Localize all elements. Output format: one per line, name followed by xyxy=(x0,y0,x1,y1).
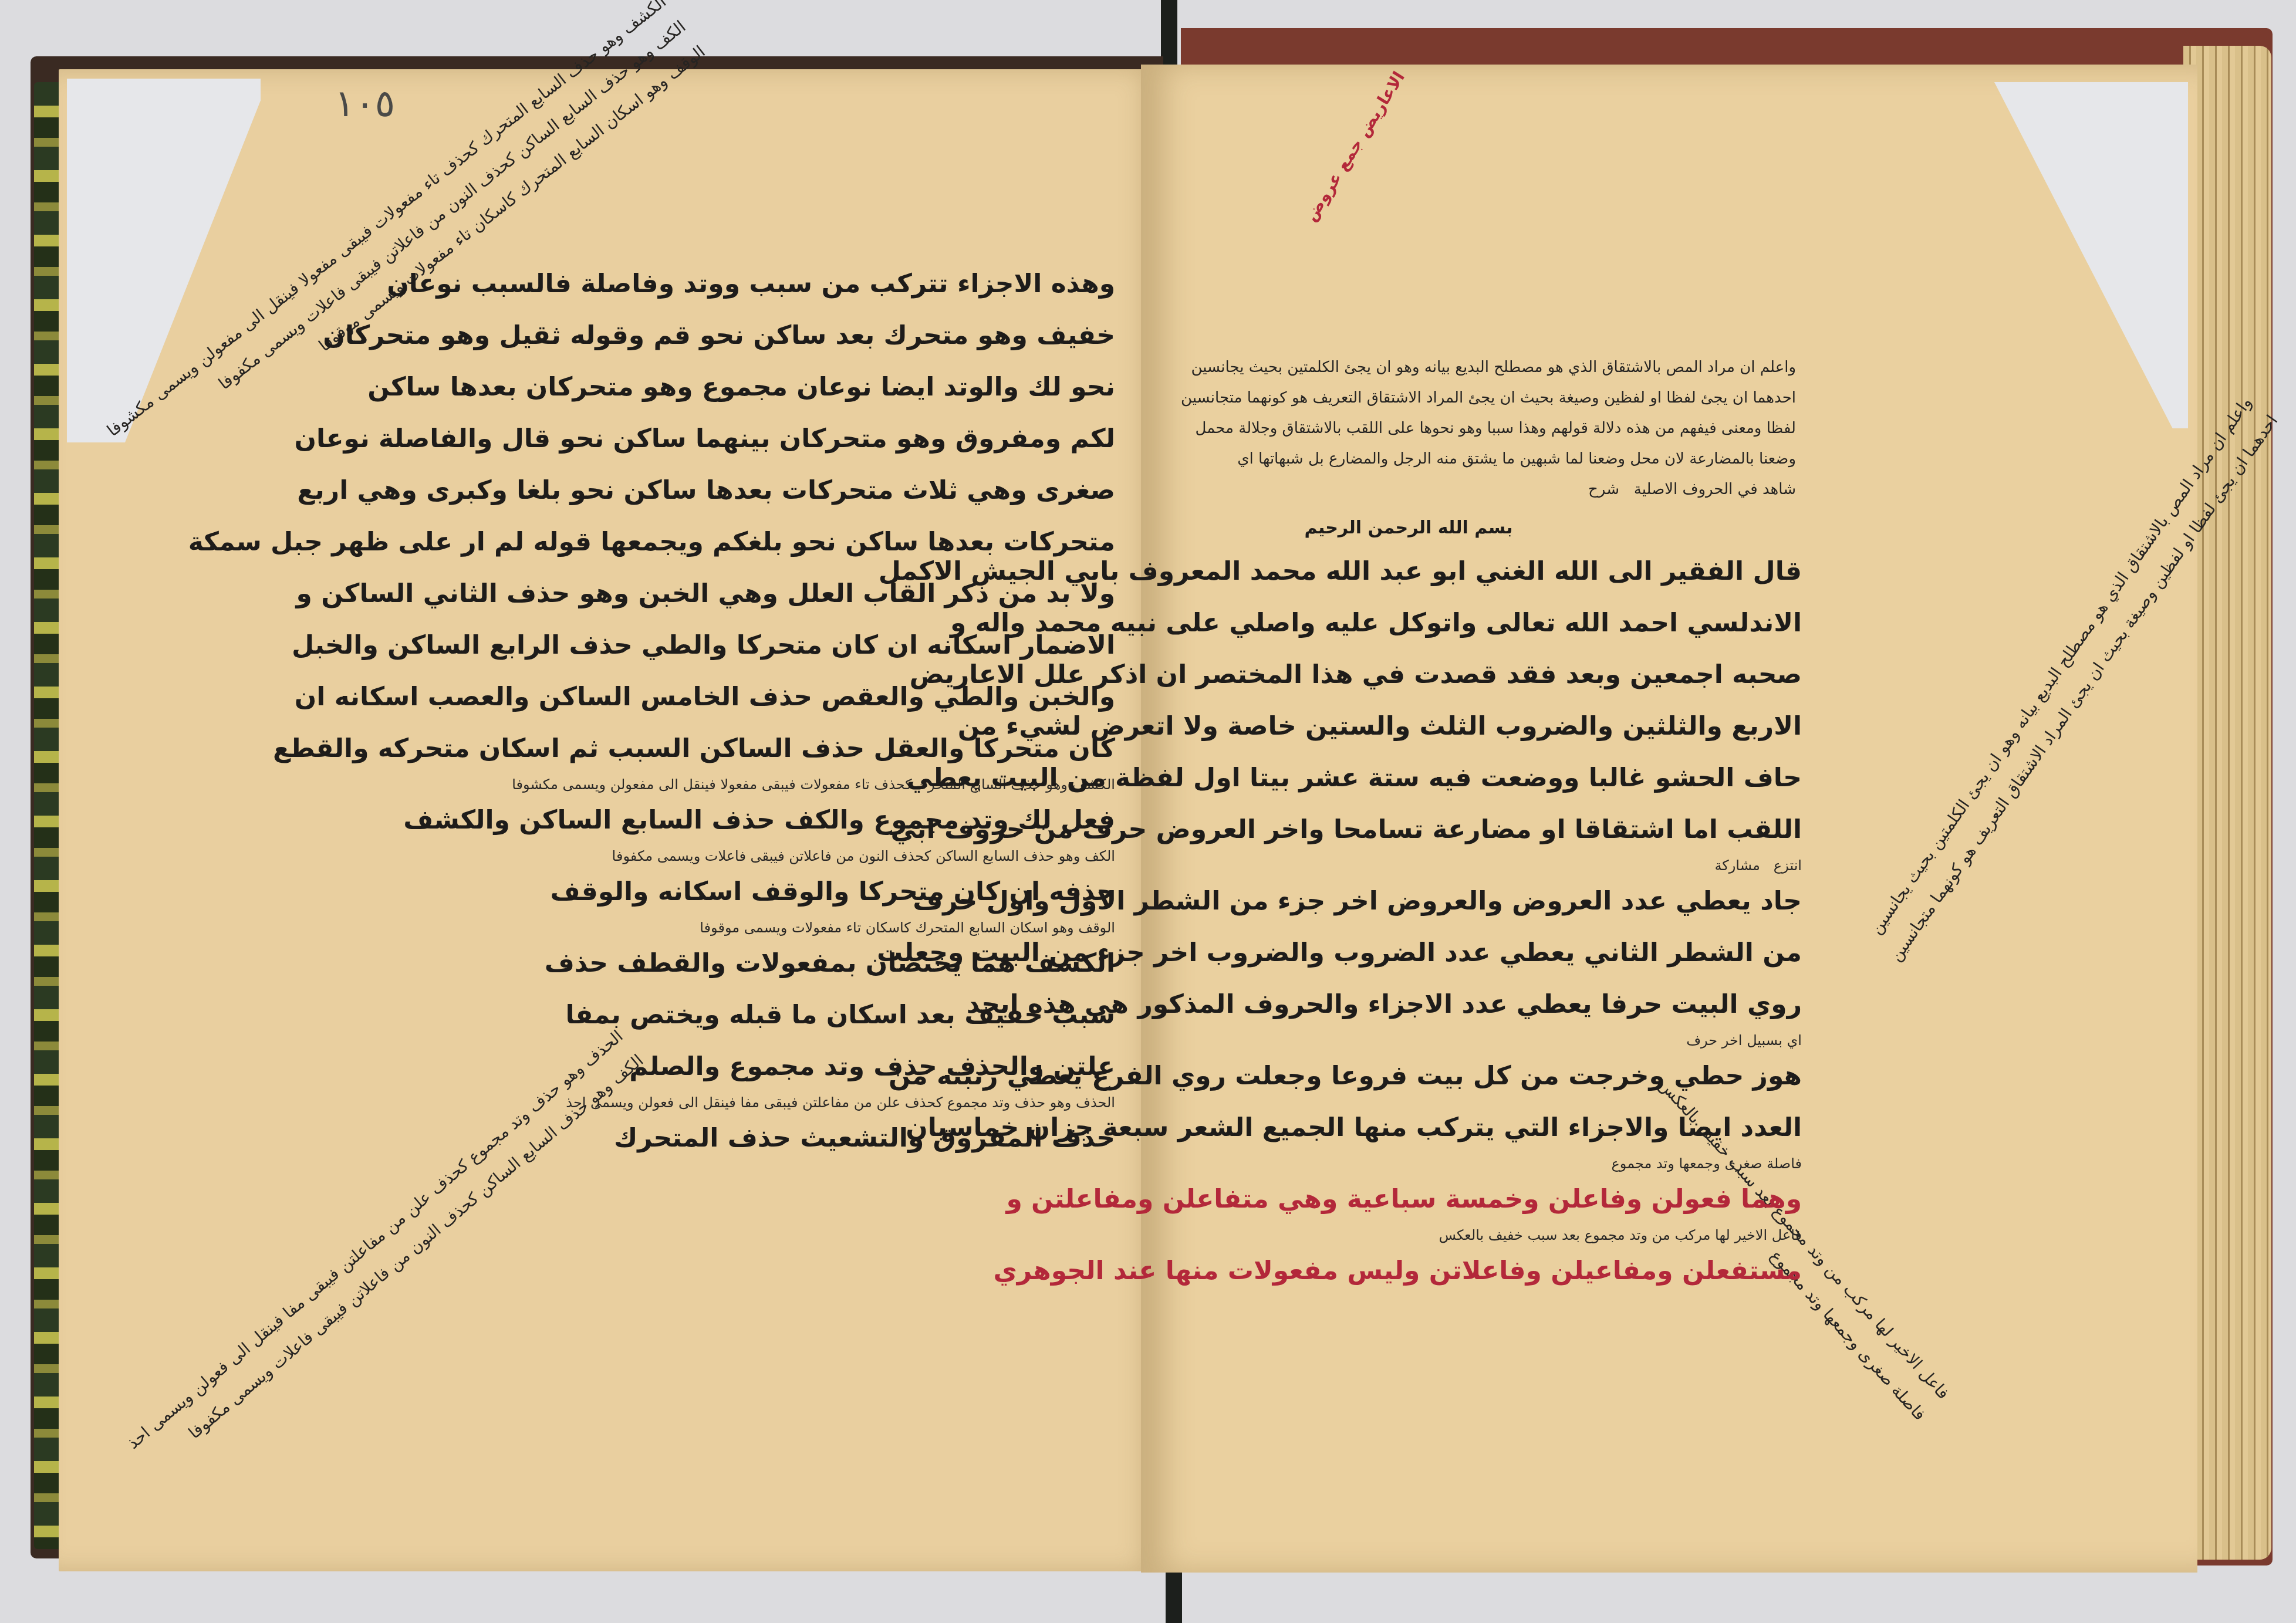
folio-number: ١٠٥ xyxy=(335,82,395,126)
text-line: صحبه اجمعين وبعد فقد قصدت في هذا المختصر… xyxy=(1168,649,1802,701)
text-line: جاد يعطي عدد العروض والعروض اخر جزء من ا… xyxy=(1168,875,1802,927)
marginal-heading: الاعاريض جمع عروض xyxy=(1232,65,1414,331)
right-diagonal-heading: الاعاريض جمع عروض xyxy=(1232,65,1414,331)
text-line-red: مستفعلن ومفاعيلن وفاعلاتن وليس مفعولات م… xyxy=(1168,1245,1802,1297)
text-line: حاف الحشو غالبا ووضعت فيه ستة عشر بيتا ا… xyxy=(1168,752,1802,804)
note-line: احدهما ان يجئ لفظا او لفظين وصيغة بحيث ا… xyxy=(1197,383,1796,413)
right-top-notes: واعلم ان مراد المص بالاشتقاق الذي هو مصط… xyxy=(1197,352,1796,505)
text-line: صغرى وهي ثلاث متحركات بعدها ساكن نحو بلغ… xyxy=(505,465,1115,516)
text-line: وهذه الاجزاء تتركب من سبب ووتد وفاصلة فا… xyxy=(505,258,1115,310)
note-line: شاهد في الحروف الاصلية شرح xyxy=(1197,474,1796,505)
left-spine-marbled xyxy=(34,82,62,1549)
text-line: من الشطر الثاني يعطي عدد الضروب والضروب … xyxy=(1168,927,1802,979)
text-line: خفيف وهو متحرك بعد ساكن نحو قم وقوله ثقي… xyxy=(505,310,1115,361)
right-main-text: بسم الله الرحمن الرحيم قال الفقير الى ال… xyxy=(1168,510,1802,1297)
text-line: اللقب اما اشتقاقا او مضارعة تسامحا واخر … xyxy=(1168,804,1802,856)
note-line: واعلم ان مراد المص بالاشتقاق الذي هو مصط… xyxy=(1197,352,1796,383)
interlinear-gloss: فاصلة صغرى وجمعها وتد مجموع xyxy=(1168,1154,1802,1174)
note-line: وضعنا بالمضارعة لان محل وضعنا لما شبهين … xyxy=(1197,444,1796,474)
gloss: انتزع xyxy=(1774,857,1802,874)
note-line: لفظا ومعنى فيفهم من هذه دلالة قولهم وهذا… xyxy=(1197,413,1796,444)
text-line: روي البيت حرفا يعطي عدد الاجزاء والحروف … xyxy=(1168,979,1802,1030)
spine-strap-bottom xyxy=(1166,1573,1182,1623)
text-line: نحو لك والوتد ايضا نوعان مجموع وهو متحرك… xyxy=(505,361,1115,413)
gloss: مشاركة xyxy=(1714,857,1760,874)
spine-strap-top xyxy=(1161,0,1177,70)
basmala: بسم الله الرحمن الرحيم xyxy=(1168,510,1802,546)
note-text: شاهد في الحروف الاصلية xyxy=(1634,481,1796,498)
text-line: الاربع والثلثين والضروب الثلث والستين خا… xyxy=(1168,701,1802,752)
interlinear-gloss: فاعل الاخير لها مركب من وتد مجموع بعد سب… xyxy=(1168,1225,1802,1245)
sharh-label: شرح xyxy=(1588,481,1619,498)
text-line: العدد ايضا والاجزاء التي يتركب منها الجم… xyxy=(1168,1102,1802,1154)
text-line: قال الفقير الى الله الغني ابو عبد الله م… xyxy=(1168,546,1802,597)
interlinear-gloss: انتزع مشاركة xyxy=(1168,856,1802,875)
torn-corner xyxy=(1994,82,2188,428)
text-line: هوز حطي وخرجت من كل بيت فروعا وجعلت روي … xyxy=(1168,1050,1802,1102)
text-line: الاندلسي احمد الله تعالى واتوكل عليه واص… xyxy=(1168,597,1802,649)
text-line-red: وهما فعولن وفاعلن وخمسة سباعية وهي متفاع… xyxy=(1168,1174,1802,1225)
interlinear-gloss: اي بسبيل اخر حرف xyxy=(1168,1030,1802,1050)
text-line: لكم ومفروق وهو متحركان بينهما ساكن نحو ق… xyxy=(505,413,1115,465)
